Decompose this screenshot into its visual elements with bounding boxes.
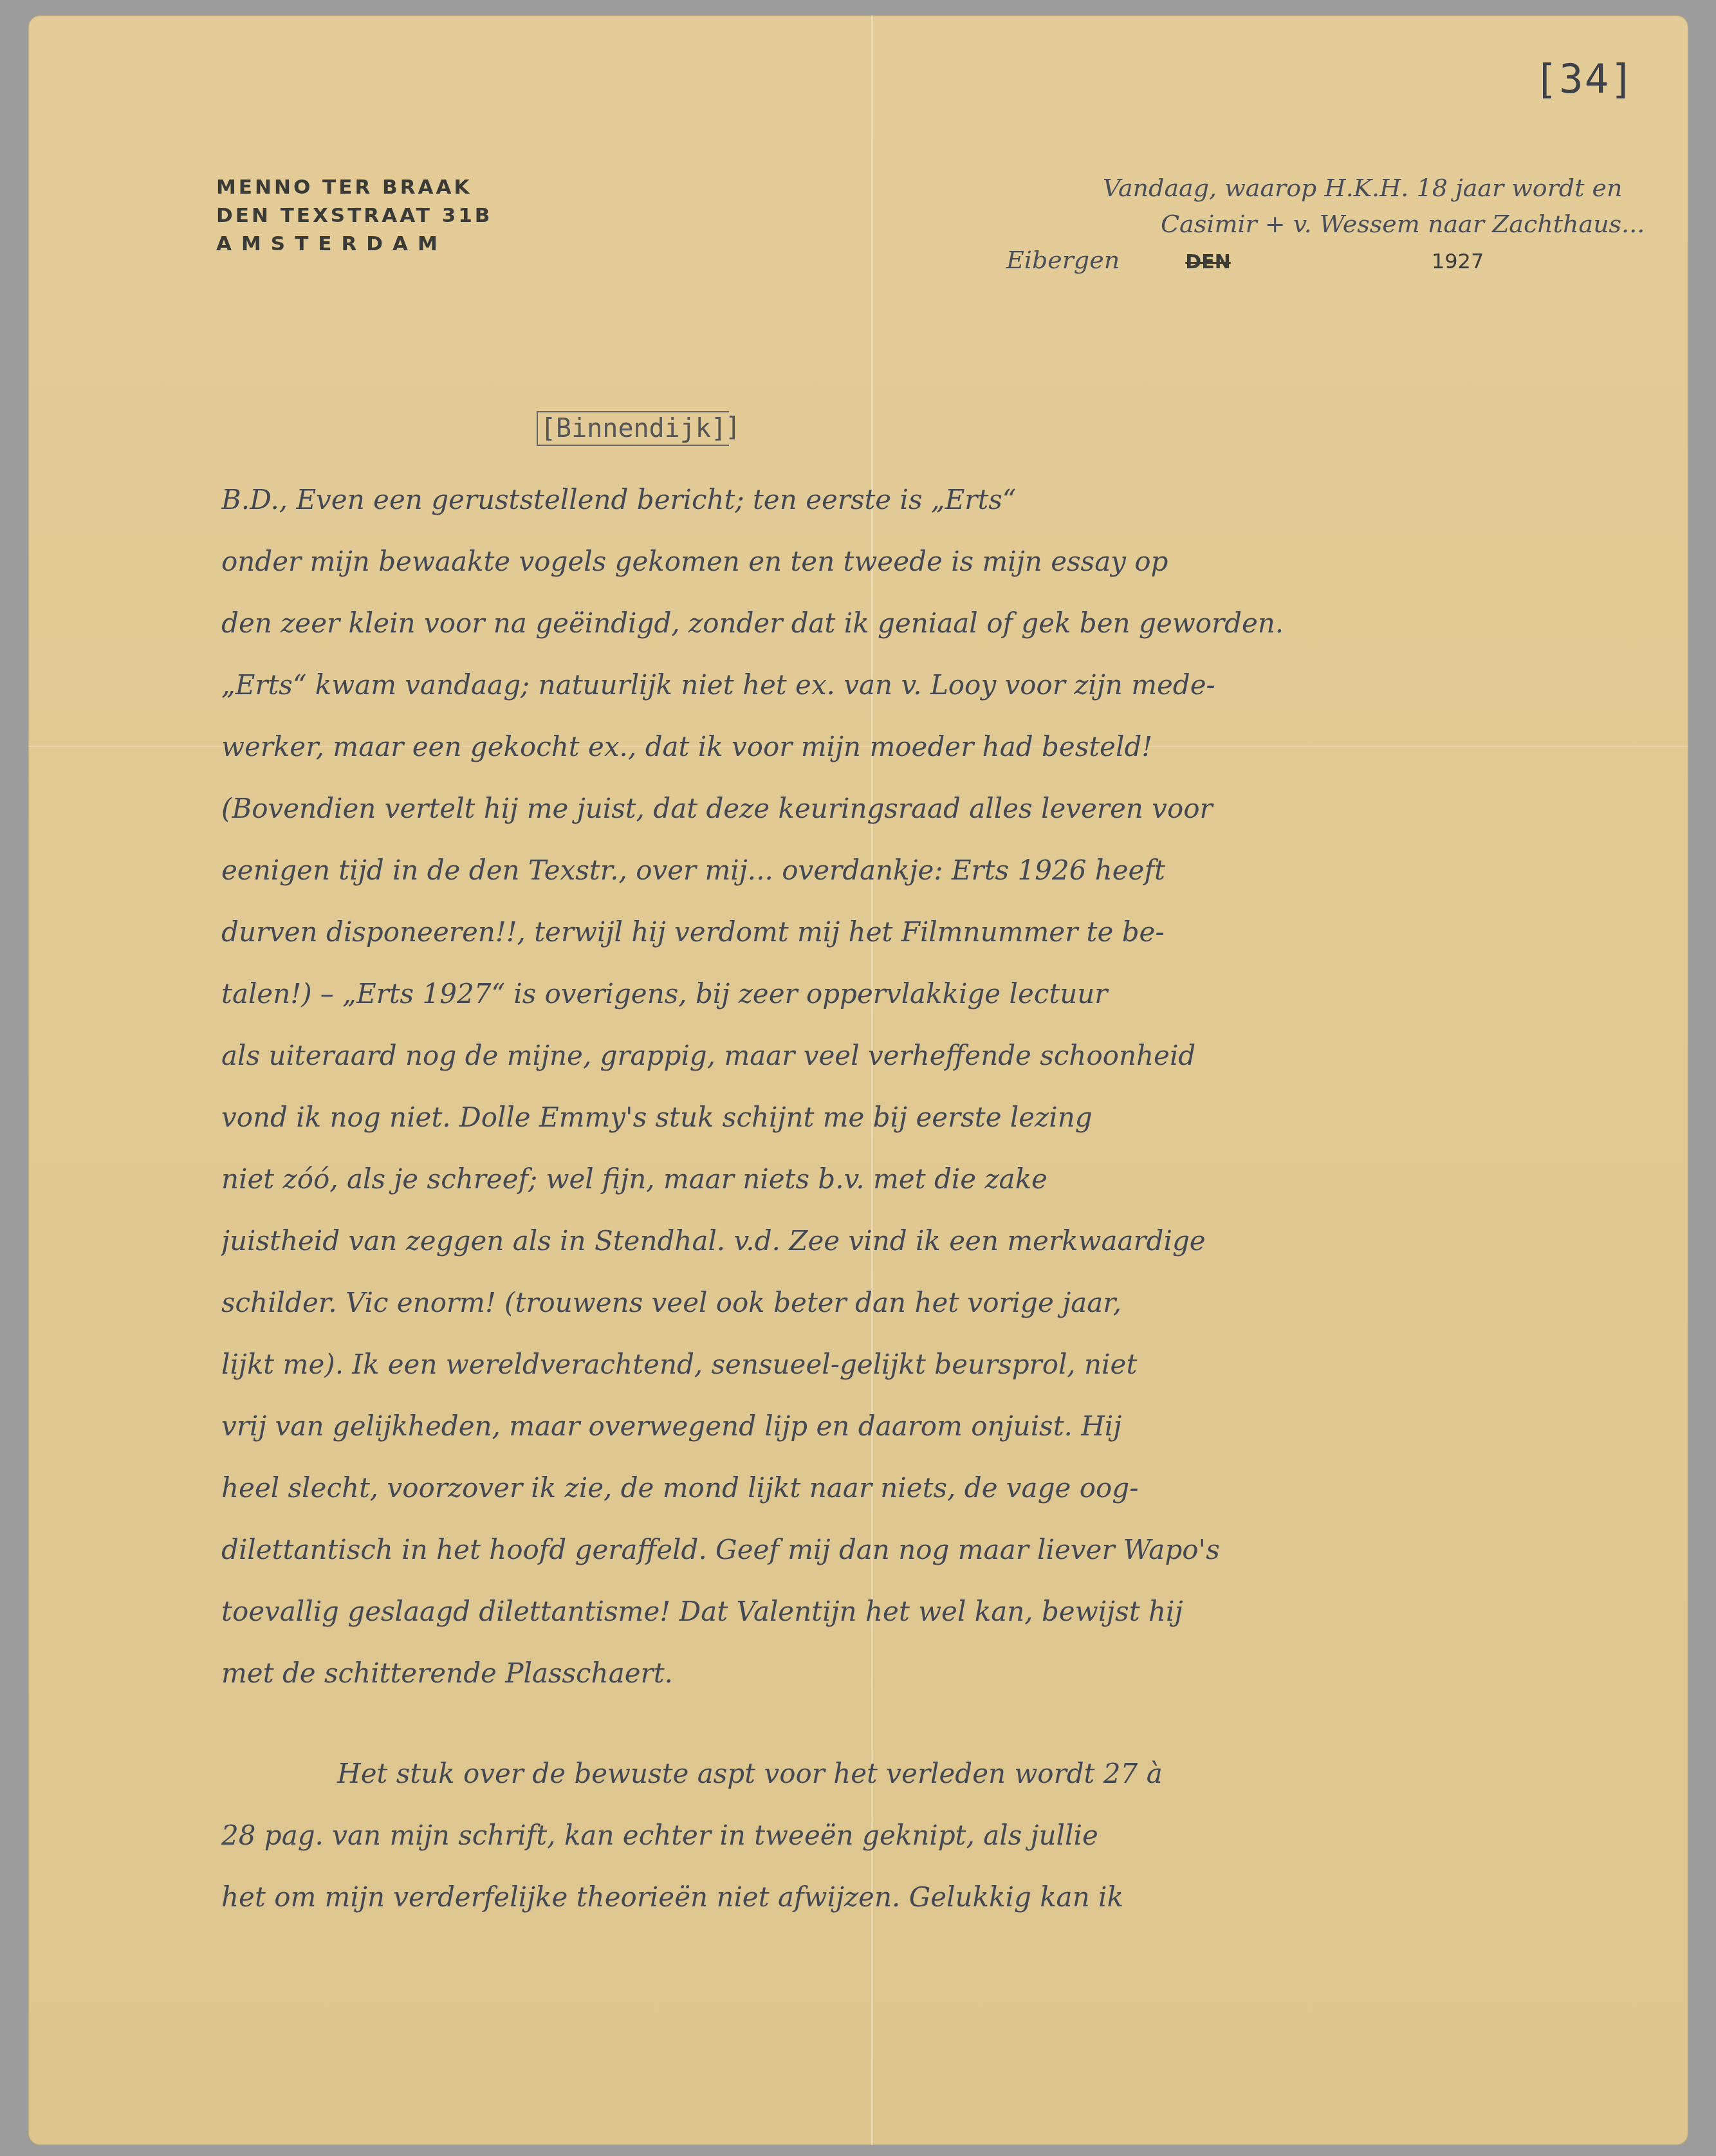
letter-page: [34] MENNO TER BRAAK DEN TEXSTRAAT 31B A… <box>28 15 1688 2145</box>
body-line: (Bovendien vertelt hij me juist, dat dez… <box>221 778 1605 840</box>
body-line: eenigen tijd in de den Texstr., over mij… <box>221 840 1605 901</box>
body-line: dilettantisch in het hoofd geraffeld. Ge… <box>221 1519 1605 1581</box>
body-line: vond ik nog niet. Dolle Emmy's stuk schi… <box>221 1087 1605 1148</box>
body-line: schilder. Vic enorm! (trouwens veel ook … <box>221 1272 1605 1334</box>
body-line: vrij van gelijkheden, maar overwegend li… <box>221 1396 1605 1457</box>
body-line: B.D., Even een geruststellend bericht; t… <box>221 469 1605 531</box>
body-line: den zeer klein voor na geëindigd, zonder… <box>221 593 1605 654</box>
archive-number: [34] <box>1534 55 1635 102</box>
body-line: lijkt me). Ik een wereldverachtend, sens… <box>221 1334 1605 1396</box>
body-line: toevallig geslaagd dilettantisme! Dat Va… <box>221 1581 1605 1643</box>
recipient-annotation: [Binnendijk] <box>537 411 729 446</box>
letterhead-name: MENNO TER BRAAK <box>216 173 493 201</box>
body-line: niet zóó, als je schreef; wel fijn, maar… <box>221 1148 1605 1210</box>
body-line: talen!) – „Erts 1927“ is overigens, bij … <box>221 963 1605 1025</box>
dateline-place: Eibergen <box>1006 246 1120 274</box>
body-line: werker, maar een gekocht ex., dat ik voo… <box>221 716 1605 778</box>
dateline-line-2: Casimir + v. Wessem naar Zachthaus... <box>1006 206 1650 242</box>
body-line: als uiteraard nog de mijne, grappig, maa… <box>221 1025 1605 1087</box>
dateline-line-1: Vandaag, waarop H.K.H. 18 jaar wordt en <box>1006 170 1650 206</box>
letterhead-city: AMSTERDAM <box>216 230 493 258</box>
dateline-place-row: Eibergen DEN 1927 <box>1006 242 1650 281</box>
body-line: durven disponeeren!!, terwijl hij verdom… <box>221 901 1605 963</box>
letterhead-street: DEN TEXSTRAAT 31B <box>216 201 493 230</box>
body-line: 28 pag. van mijn schrift, kan echter in … <box>221 1805 1605 1866</box>
struck-den: DEN <box>1185 251 1231 273</box>
body-line: heel slecht, voorzover ik zie, de mond l… <box>221 1457 1605 1519</box>
body-line: „Erts“ kwam vandaag; natuurlijk niet het… <box>221 654 1605 716</box>
body-line: Het stuk over de bewuste aspt voor het v… <box>221 1743 1605 1805</box>
letter-body: B.D., Even een geruststellend bericht; t… <box>221 469 1605 1928</box>
letterhead: MENNO TER BRAAK DEN TEXSTRAAT 31B AMSTER… <box>216 173 493 258</box>
body-line: met de schitterende Plasschaert. <box>221 1643 1605 1704</box>
dateline: Vandaag, waarop H.K.H. 18 jaar wordt en … <box>1006 170 1650 281</box>
body-line: het om mijn verderfelijke theorieën niet… <box>221 1866 1605 1928</box>
dateline-year: 1927 <box>1432 249 1484 273</box>
paragraph-gap <box>221 1704 1605 1743</box>
body-line: onder mijn bewaakte vogels gekomen en te… <box>221 531 1605 593</box>
body-line: juistheid van zeggen als in Stendhal. v.… <box>221 1210 1605 1272</box>
